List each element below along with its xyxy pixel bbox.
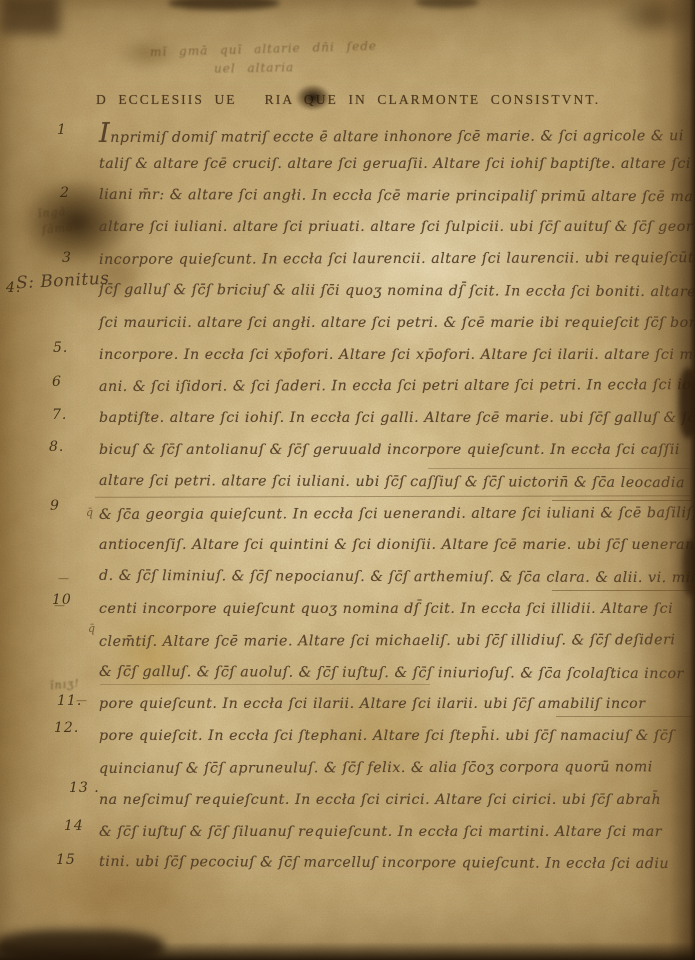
page-title: D ECCLESIIS UE RIA QUE IN CLARMONTE CONS… (96, 90, 600, 110)
stain (415, 0, 479, 8)
text-line-10: baptiſte. altare ſci iohiſ. In eccła ſci… (99, 403, 695, 435)
text-line-7: ſci mauricii. altare ſci angłi. altare ſ… (99, 308, 695, 340)
margin-number-3: 3 (62, 250, 72, 266)
stain (0, 0, 60, 34)
margin-number-2: 2 (60, 185, 70, 201)
margin-number-5: 5. (53, 340, 68, 356)
margin-number-8: 8. (49, 439, 64, 455)
text-line-9: ani. & ſci iſidori. & ſci ſaderi. In ecc… (99, 370, 695, 404)
margin-scribble-3: īnıʒ! (49, 677, 80, 693)
text-line-21: quincianuſ & ſc̄ſ apruneuluſ. & ſc̄ſ fel… (99, 752, 695, 786)
text-line-23: & ſc̄ſ iuſtuſ & ſc̄ſ ſiluanuſ requieſcun… (99, 817, 695, 849)
text-line-14: antiocenſiſ. Altare ſci quintini & ſci d… (99, 530, 695, 562)
text-line-17: clem̄tiſ. Altare ſcē marie. Altare ſci m… (99, 625, 695, 659)
margin-number-6: 6 (52, 374, 62, 390)
ink-blotch (238, 90, 264, 110)
text-line-8: incorpore. In eccła ſci xp̄ofori. Altare… (99, 340, 695, 372)
margin-mark-4: q̄ (86, 506, 93, 519)
text-line-3: liani m̄r: & altare ſci angłi. In eccła … (99, 179, 695, 213)
stain (168, 0, 280, 10)
margin-number-7: 7. (52, 407, 67, 423)
text-line-5: incorpore quieſcunt. In eccła ſci lauren… (99, 243, 695, 277)
text-line-20: pore quieſcit. In eccła ſci ſtephani. Al… (99, 721, 695, 753)
text-line-18: & ſc̄ſ galluſ. & ſc̄ſ auoluſ. & ſc̄ſ iuſ… (99, 656, 695, 690)
stain (0, 290, 62, 810)
manuscript-page: mī gmā quī altarie dn̄i ſede uel altaria… (0, 0, 695, 960)
text-line-4: altare ſci iuliani. altare ſci priuati. … (99, 212, 695, 244)
margin-number-13: 13 . (69, 780, 100, 796)
top-annotation-line-1: mī gmā quī altarie dn̄i ſede (150, 39, 377, 59)
page-title-part-1: D ECCLESIIS UE (96, 92, 237, 108)
margin-mark-2: — (54, 599, 65, 612)
margin-number-1: 1 (57, 122, 67, 138)
margin-number-12: 12. (54, 720, 79, 736)
text-line-15: d. & ſc̄ſ liminiuſ. & ſc̄ſ nepocianuſ. &… (99, 561, 695, 595)
margin-mark-5: q̄ (88, 622, 95, 635)
text-line-24: tini. ubi ſc̄ſ pecociuſ & ſc̄ſ marcelluſ… (99, 847, 695, 881)
text-line-22: na neſcimuſ requieſcunt. In eccła ſci ci… (99, 785, 695, 817)
margin-note-bonitus: S: Bonitus (16, 269, 110, 294)
margin-mark-3: — (76, 694, 87, 707)
page-edge-bottom-stain (0, 930, 164, 960)
page-edge-bottom-shadow (0, 942, 695, 960)
stain (612, 0, 695, 38)
text-line-19: pore quieſcunt. In eccła ſci ilarii. Alt… (99, 689, 695, 721)
margin-number-15: 15 (56, 852, 76, 868)
text-line-11: bicuſ & ſc̄ſ antolianuſ & ſc̄ſ geruuald … (99, 435, 695, 467)
text-line-13: & ſc̄a georgia quieſcunt. In eccła ſci u… (99, 498, 695, 532)
text-lines: Inprimiſ domiſ matriſ eccte ē altare inh… (99, 117, 695, 880)
margin-number-4: 4. (6, 280, 21, 296)
margin-number-14: 14 (64, 818, 84, 834)
margin-mark-1: — (58, 572, 69, 585)
margin-number-9: 9 (50, 498, 60, 514)
page-title-part-2: RIA QUE IN CLARMONTE CONSISTVNT. (265, 92, 601, 108)
text-line-2: taliſ & altare ſcē cruciſ. altare ſci ge… (99, 149, 695, 181)
margin-scribble-2: ſāmā. (42, 220, 79, 236)
text-line-6: ſc̄ſ galluſ & ſc̄ſ briciuſ & alii ſc̄i q… (99, 275, 695, 309)
text-line-1: Inprimiſ domiſ matriſ eccte ē altare inh… (99, 116, 695, 150)
text-line-12: altare ſci petri. altare ſci iuliani. ub… (99, 466, 695, 500)
margin-scribble-1: īngā. (37, 205, 71, 221)
text-line-16: centi incorpore quieſcunt quoʒ nomina dſ… (99, 594, 695, 626)
top-annotation-line-2: uel altaria (214, 60, 294, 75)
